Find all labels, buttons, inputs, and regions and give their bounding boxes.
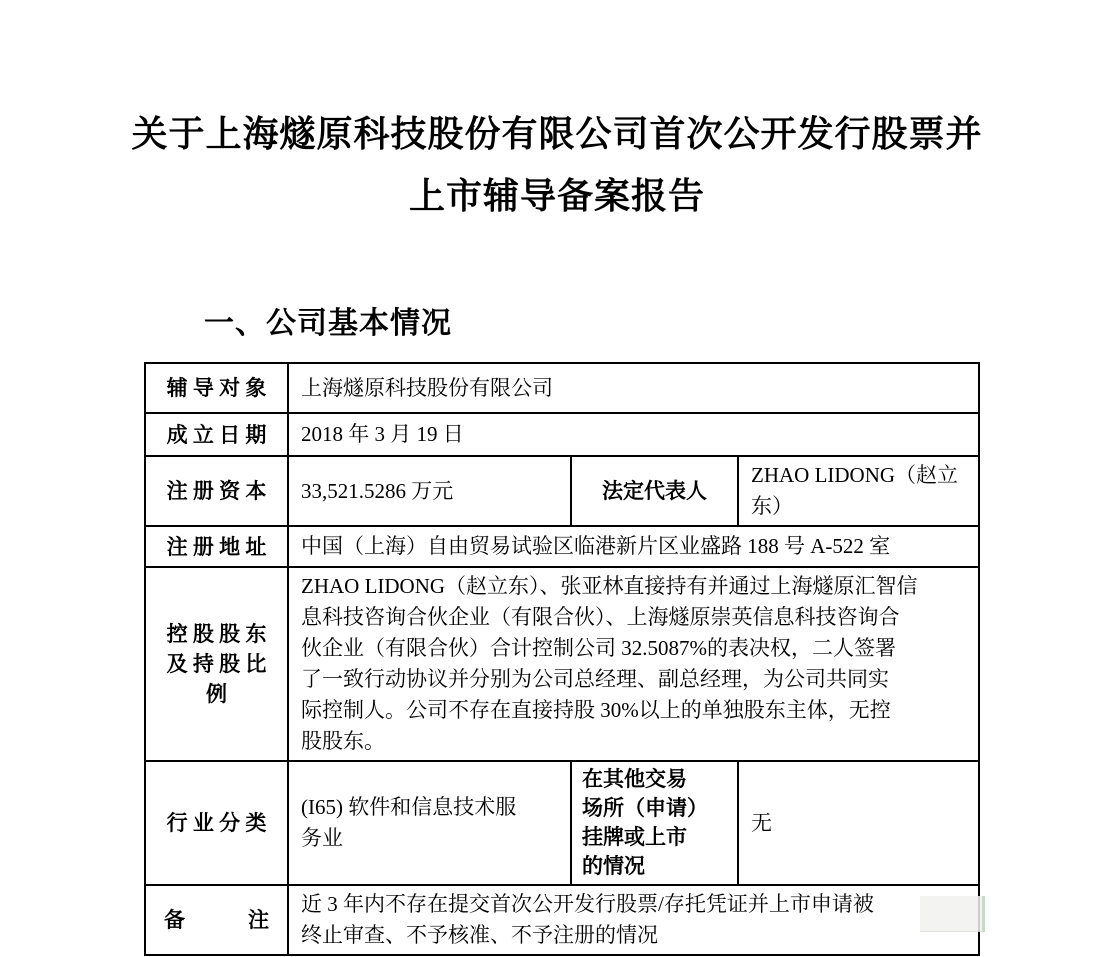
company-info-table: 辅 导 对 象 上海燧原科技股份有限公司 成 立 日 期 2018 年 3 月 …	[144, 362, 980, 956]
other-listing-value: 无	[738, 761, 979, 885]
registered-capital-label: 注 册 资 本	[145, 456, 288, 526]
registered-address-label: 注 册 地 址	[145, 526, 288, 567]
controlling-shareholder-value: ZHAO LIDONG（赵立东）、张亚林直接持有并通过上海燧原汇智信 息科技咨询…	[288, 567, 979, 761]
table-row-remarks: 备 注 近 3 年内不存在提交首次公开发行股票/存托凭证并上市申请被 终止审查、…	[145, 885, 979, 955]
document-page: 关于上海燧原科技股份有限公司首次公开发行股票并 上市辅导备案报告 一、公司基本情…	[0, 0, 1114, 957]
table-row-registered-address: 注 册 地 址 中国（上海）自由贸易试验区临港新片区业盛路 188 号 A-52…	[145, 526, 979, 567]
table-row-controlling-shareholder: 控 股 股 东 及 持 股 比 例 ZHAO LIDONG（赵立东）、张亚林直接…	[145, 567, 979, 761]
legal-representative-value: ZHAO LIDONG（赵立 东）	[738, 456, 979, 526]
table-row-registered-capital: 注 册 资 本 33,521.5286 万元 法定代表人 ZHAO LIDONG…	[145, 456, 979, 526]
table-row-industry-classification: 行 业 分 类 (I65) 软件和信息技术服 务业 在其他交易 场所（申请） 挂…	[145, 761, 979, 885]
establish-date-label: 成 立 日 期	[145, 413, 288, 456]
remarks-value: 近 3 年内不存在提交首次公开发行股票/存托凭证并上市申请被 终止审查、不予核准…	[288, 885, 979, 955]
establish-date-value: 2018 年 3 月 19 日	[288, 413, 979, 456]
industry-classification-value: (I65) 软件和信息技术服 务业	[288, 761, 571, 885]
industry-classification-label: 行 业 分 类	[145, 761, 288, 885]
scan-artifact	[920, 896, 985, 932]
section-heading: 一、公司基本情况	[204, 304, 452, 344]
table-row-counseling-target: 辅 导 对 象 上海燧原科技股份有限公司	[145, 363, 979, 413]
other-listing-label: 在其他交易 场所（申请） 挂牌或上市 的情况	[571, 761, 738, 885]
registered-address-value: 中国（上海）自由贸易试验区临港新片区业盛路 188 号 A-522 室	[288, 526, 979, 567]
table-row-establish-date: 成 立 日 期 2018 年 3 月 19 日	[145, 413, 979, 456]
controlling-shareholder-label: 控 股 股 东 及 持 股 比 例	[145, 567, 288, 761]
legal-representative-label: 法定代表人	[571, 456, 738, 526]
document-title: 关于上海燧原科技股份有限公司首次公开发行股票并 上市辅导备案报告	[0, 103, 1114, 227]
counseling-target-value: 上海燧原科技股份有限公司	[288, 363, 979, 413]
registered-capital-value: 33,521.5286 万元	[288, 456, 571, 526]
remarks-label: 备 注	[145, 885, 288, 955]
counseling-target-label: 辅 导 对 象	[145, 363, 288, 413]
